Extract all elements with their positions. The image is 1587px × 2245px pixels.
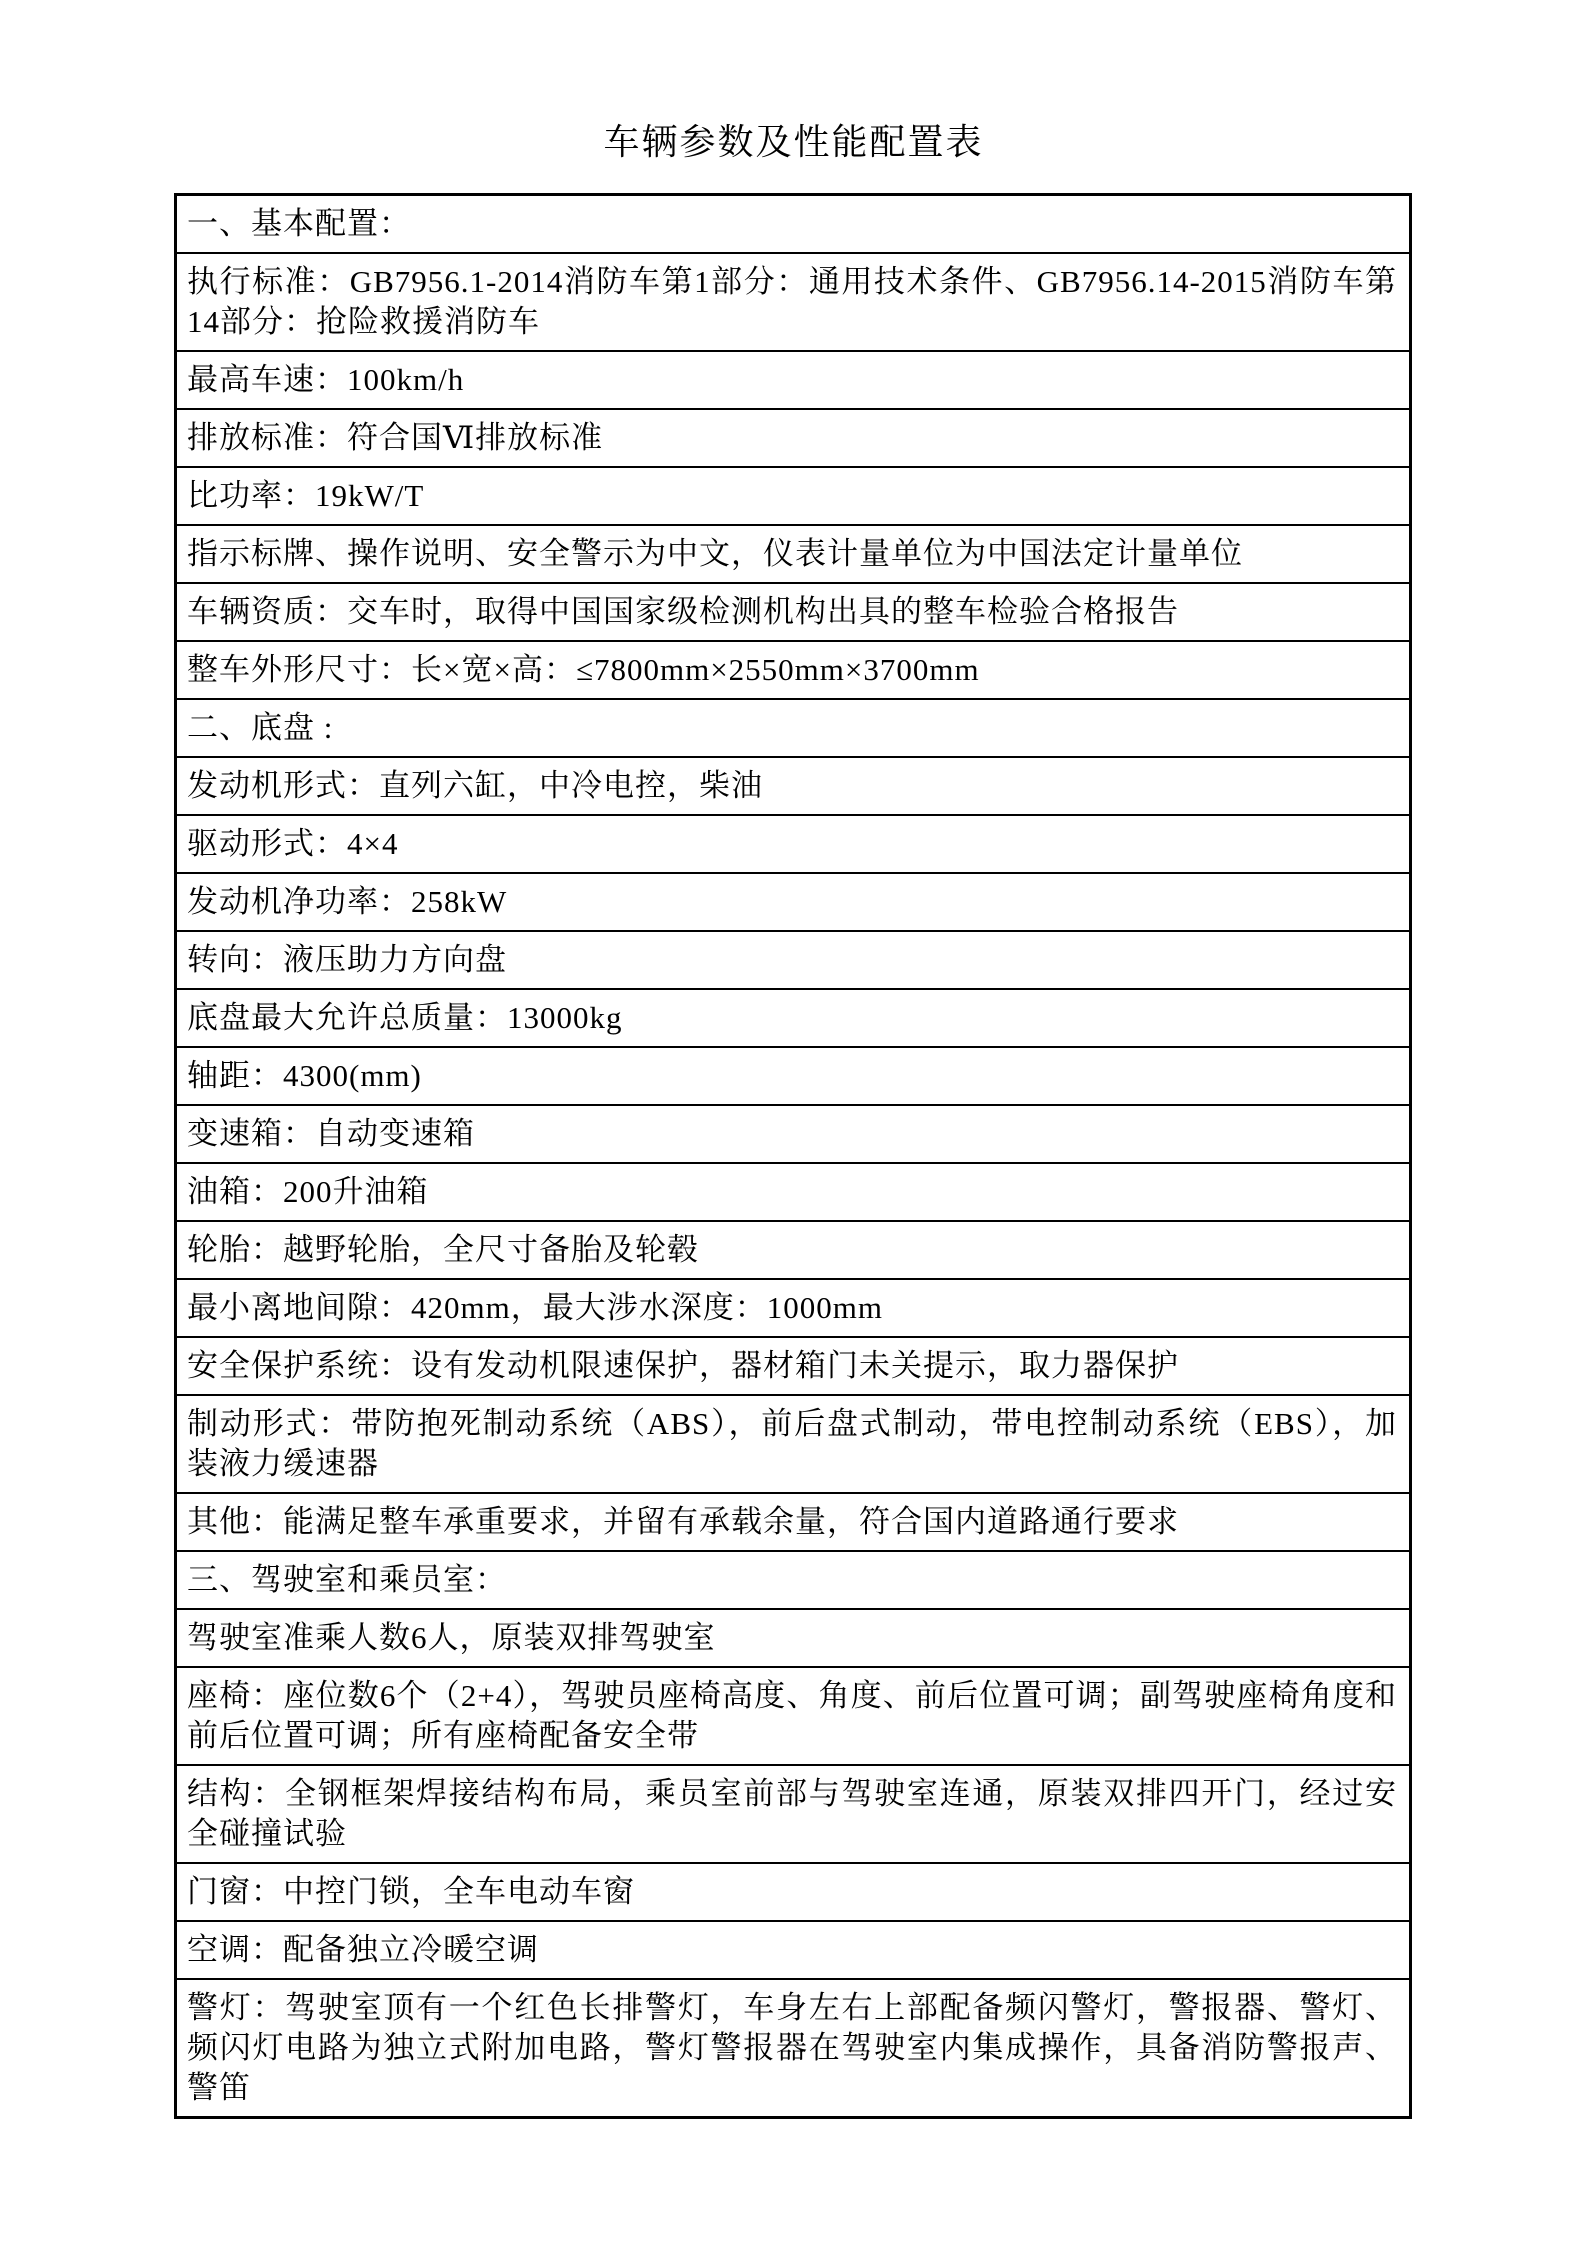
spec-cell: 轮胎：越野轮胎，全尺寸备胎及轮毂	[176, 1221, 1411, 1279]
spec-row: 结构：全钢框架焊接结构布局，乘员室前部与驾驶室连通，原装双排四开门，经过安全碰撞…	[176, 1765, 1411, 1863]
spec-row: 其他：能满足整车承重要求，并留有承载余量，符合国内道路通行要求	[176, 1493, 1411, 1551]
document-title: 车辆参数及性能配置表	[0, 114, 1587, 165]
spec-cell: 其他：能满足整车承重要求，并留有承载余量，符合国内道路通行要求	[176, 1493, 1411, 1551]
spec-cell: 比功率：19kW/T	[176, 467, 1411, 525]
section-header-row: 一、基本配置：	[176, 195, 1411, 254]
spec-cell: 空调：配备独立冷暖空调	[176, 1921, 1411, 1979]
spec-cell: 整车外形尺寸：长×宽×高：≤7800mm×2550mm×3700mm	[176, 641, 1411, 699]
spec-cell: 执行标准：GB7956.1-2014消防车第1部分：通用技术条件、GB7956.…	[176, 253, 1411, 351]
spec-cell: 变速箱：自动变速箱	[176, 1105, 1411, 1163]
spec-cell: 发动机净功率：258kW	[176, 873, 1411, 931]
spec-row: 油箱：200升油箱	[176, 1163, 1411, 1221]
spec-cell: 座椅：座位数6个（2+4），驾驶员座椅高度、角度、前后位置可调；副驾驶座椅角度和…	[176, 1667, 1411, 1765]
spec-row: 变速箱：自动变速箱	[176, 1105, 1411, 1163]
spec-row: 空调：配备独立冷暖空调	[176, 1921, 1411, 1979]
spec-cell: 排放标准：符合国Ⅵ排放标准	[176, 409, 1411, 467]
section-header-cell: 一、基本配置：	[176, 195, 1411, 254]
spec-row: 座椅：座位数6个（2+4），驾驶员座椅高度、角度、前后位置可调；副驾驶座椅角度和…	[176, 1667, 1411, 1765]
section-header-cell: 三、驾驶室和乘员室：	[176, 1551, 1411, 1609]
spec-row: 轴距：4300(mm)	[176, 1047, 1411, 1105]
section-header-row: 三、驾驶室和乘员室：	[176, 1551, 1411, 1609]
spec-row: 转向：液压助力方向盘	[176, 931, 1411, 989]
spec-table-body: 一、基本配置：执行标准：GB7956.1-2014消防车第1部分：通用技术条件、…	[176, 195, 1411, 2118]
spec-cell: 指示标牌、操作说明、安全警示为中文，仪表计量单位为中国法定计量单位	[176, 525, 1411, 583]
spec-cell: 驾驶室准乘人数6人，原装双排驾驶室	[176, 1609, 1411, 1667]
spec-row: 比功率：19kW/T	[176, 467, 1411, 525]
spec-cell: 结构：全钢框架焊接结构布局，乘员室前部与驾驶室连通，原装双排四开门，经过安全碰撞…	[176, 1765, 1411, 1863]
spec-cell: 转向：液压助力方向盘	[176, 931, 1411, 989]
spec-cell: 门窗：中控门锁，全车电动车窗	[176, 1863, 1411, 1921]
spec-cell: 最小离地间隙：420mm，最大涉水深度：1000mm	[176, 1279, 1411, 1337]
spec-row: 整车外形尺寸：长×宽×高：≤7800mm×2550mm×3700mm	[176, 641, 1411, 699]
document-page: { "page": { "title": "车辆参数及性能配置表" }, "co…	[0, 0, 1587, 2245]
spec-row: 轮胎：越野轮胎，全尺寸备胎及轮毂	[176, 1221, 1411, 1279]
spec-row: 警灯：驾驶室顶有一个红色长排警灯，车身左右上部配备频闪警灯，警报器、警灯、频闪灯…	[176, 1979, 1411, 2118]
spec-cell: 制动形式：带防抱死制动系统（ABS），前后盘式制动，带电控制动系统（EBS），加…	[176, 1395, 1411, 1493]
spec-row: 最小离地间隙：420mm，最大涉水深度：1000mm	[176, 1279, 1411, 1337]
spec-cell: 车辆资质：交车时，取得中国国家级检测机构出具的整车检验合格报告	[176, 583, 1411, 641]
spec-row: 发动机形式：直列六缸，中冷电控，柴油	[176, 757, 1411, 815]
spec-row: 排放标准：符合国Ⅵ排放标准	[176, 409, 1411, 467]
spec-row: 门窗：中控门锁，全车电动车窗	[176, 1863, 1411, 1921]
spec-row: 底盘最大允许总质量：13000kg	[176, 989, 1411, 1047]
spec-row: 安全保护系统：设有发动机限速保护，器材箱门未关提示，取力器保护	[176, 1337, 1411, 1395]
spec-cell: 驱动形式：4×4	[176, 815, 1411, 873]
spec-row: 驾驶室准乘人数6人，原装双排驾驶室	[176, 1609, 1411, 1667]
spec-cell: 底盘最大允许总质量：13000kg	[176, 989, 1411, 1047]
spec-row: 指示标牌、操作说明、安全警示为中文，仪表计量单位为中国法定计量单位	[176, 525, 1411, 583]
spec-row: 车辆资质：交车时，取得中国国家级检测机构出具的整车检验合格报告	[176, 583, 1411, 641]
spec-cell: 最高车速：100km/h	[176, 351, 1411, 409]
section-header-row: 二、底盘 :	[176, 699, 1411, 757]
spec-row: 执行标准：GB7956.1-2014消防车第1部分：通用技术条件、GB7956.…	[176, 253, 1411, 351]
vehicle-spec-table: 一、基本配置：执行标准：GB7956.1-2014消防车第1部分：通用技术条件、…	[174, 193, 1412, 2119]
spec-row: 发动机净功率：258kW	[176, 873, 1411, 931]
spec-row: 驱动形式：4×4	[176, 815, 1411, 873]
spec-cell: 油箱：200升油箱	[176, 1163, 1411, 1221]
spec-cell: 安全保护系统：设有发动机限速保护，器材箱门未关提示，取力器保护	[176, 1337, 1411, 1395]
section-header-cell: 二、底盘 :	[176, 699, 1411, 757]
spec-row: 制动形式：带防抱死制动系统（ABS），前后盘式制动，带电控制动系统（EBS），加…	[176, 1395, 1411, 1493]
spec-cell: 发动机形式：直列六缸，中冷电控，柴油	[176, 757, 1411, 815]
spec-cell: 轴距：4300(mm)	[176, 1047, 1411, 1105]
spec-cell: 警灯：驾驶室顶有一个红色长排警灯，车身左右上部配备频闪警灯，警报器、警灯、频闪灯…	[176, 1979, 1411, 2118]
spec-row: 最高车速：100km/h	[176, 351, 1411, 409]
